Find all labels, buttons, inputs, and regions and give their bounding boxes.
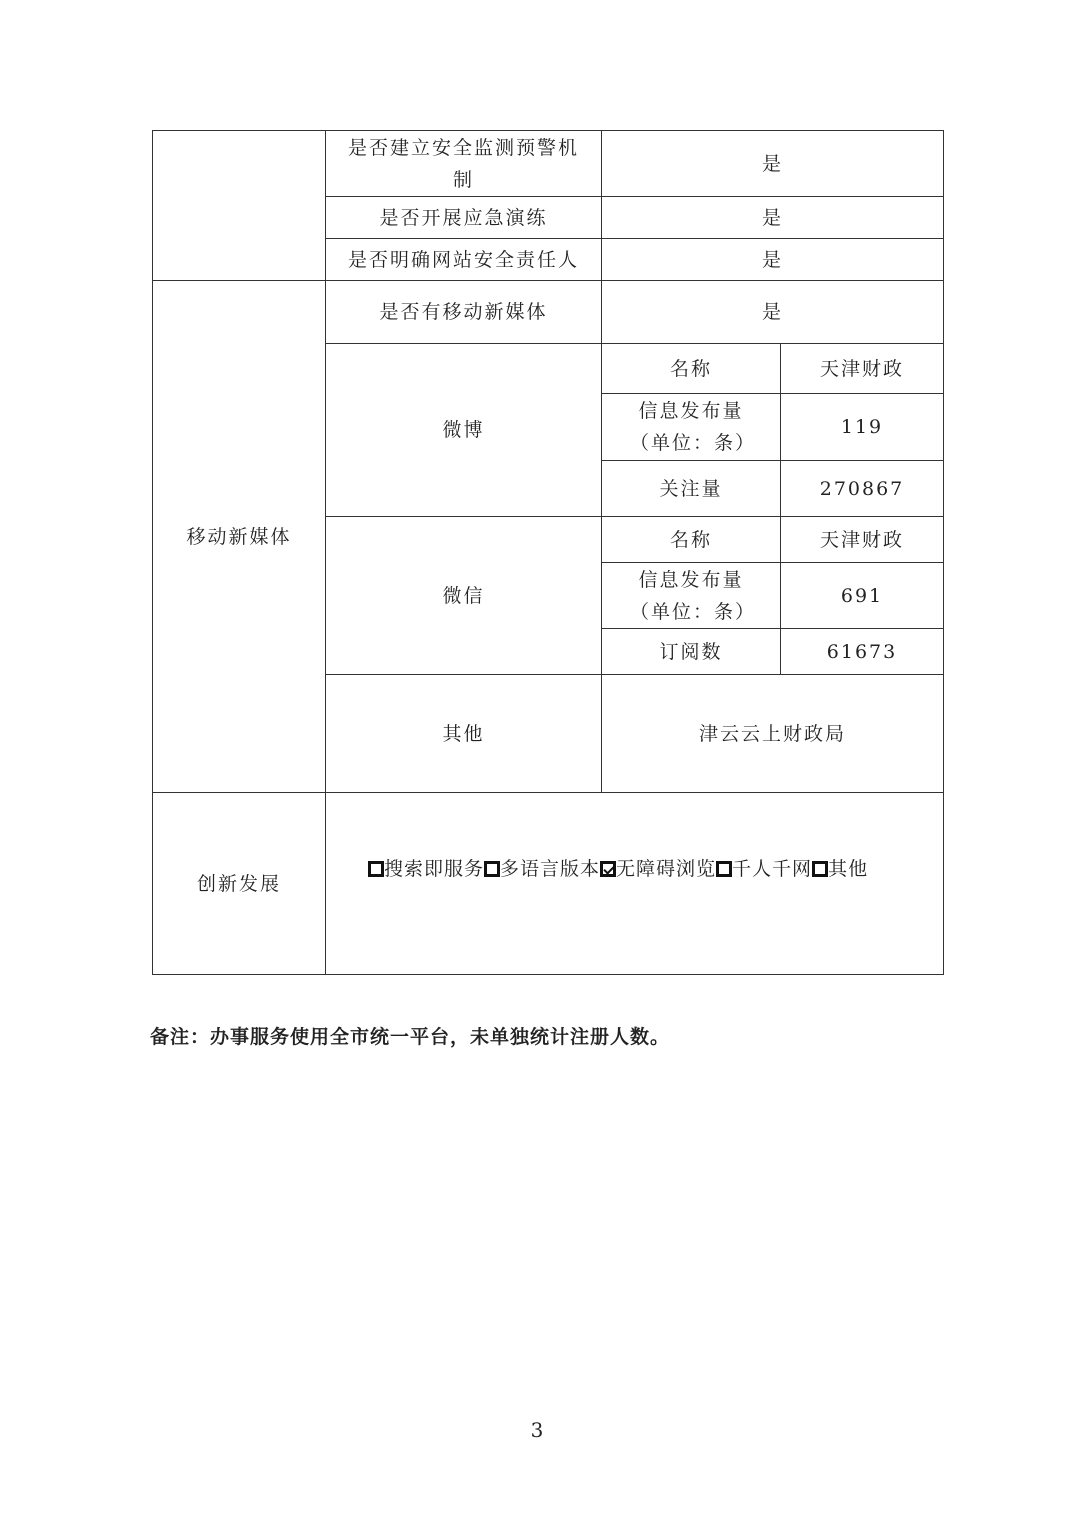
- wechat-label: 微信: [326, 517, 602, 675]
- row-value: 是: [602, 131, 944, 197]
- checkbox-icon[interactable]: [484, 861, 500, 877]
- option-multilingual[interactable]: 多语言版本: [484, 858, 600, 880]
- innovation-options: 搜索即服务多语言版本无障碍浏览千人千网其他: [326, 793, 944, 975]
- row-value: 是: [602, 239, 944, 281]
- field-value: 270867: [781, 461, 944, 517]
- footnote: 备注：办事服务使用全市统一平台，未单独统计注册人数。: [150, 1022, 670, 1049]
- mobile-media-section-label: 移动新媒体: [153, 281, 326, 793]
- option-search-service[interactable]: 搜索即服务: [368, 858, 484, 880]
- field-label: 信息发布量（单位：条）: [602, 563, 781, 629]
- checkbox-icon[interactable]: [368, 861, 384, 877]
- field-value: 119: [781, 394, 944, 461]
- field-label: 名称: [602, 344, 781, 394]
- field-label: 名称: [602, 517, 781, 563]
- other-label: 其他: [326, 675, 602, 793]
- field-label: 信息发布量（单位：条）: [602, 394, 781, 461]
- option-other[interactable]: 其他: [812, 858, 868, 880]
- field-value: 天津财政: [781, 517, 944, 563]
- row-value: 是: [602, 281, 944, 344]
- field-value: 61673: [781, 629, 944, 675]
- weibo-label: 微博: [326, 344, 602, 517]
- field-value: 天津财政: [781, 344, 944, 394]
- other-value: 津云云上财政局: [602, 675, 944, 793]
- row-value: 是: [602, 197, 944, 239]
- page-number: 3: [0, 1418, 1074, 1442]
- field-value: 691: [781, 563, 944, 629]
- field-label: 关注量: [602, 461, 781, 517]
- field-label: 订阅数: [602, 629, 781, 675]
- checkbox-icon[interactable]: [812, 861, 828, 877]
- row-label: 是否明确网站安全责任人: [326, 239, 602, 281]
- option-personalized[interactable]: 千人千网: [716, 858, 812, 880]
- checkbox-icon[interactable]: [716, 861, 732, 877]
- checkbox-checked-icon[interactable]: [600, 861, 616, 877]
- row-label: 是否建立安全监测预警机制: [326, 131, 602, 197]
- option-accessibility[interactable]: 无障碍浏览: [600, 858, 716, 880]
- row-label: 是否开展应急演练: [326, 197, 602, 239]
- row-label: 是否有移动新媒体: [326, 281, 602, 344]
- security-section-cell: [153, 131, 326, 281]
- report-table: 是否建立安全监测预警机制 是 是否开展应急演练 是 是否明确网站安全责任人 是 …: [152, 130, 944, 975]
- innovation-section-label: 创新发展: [153, 793, 326, 975]
